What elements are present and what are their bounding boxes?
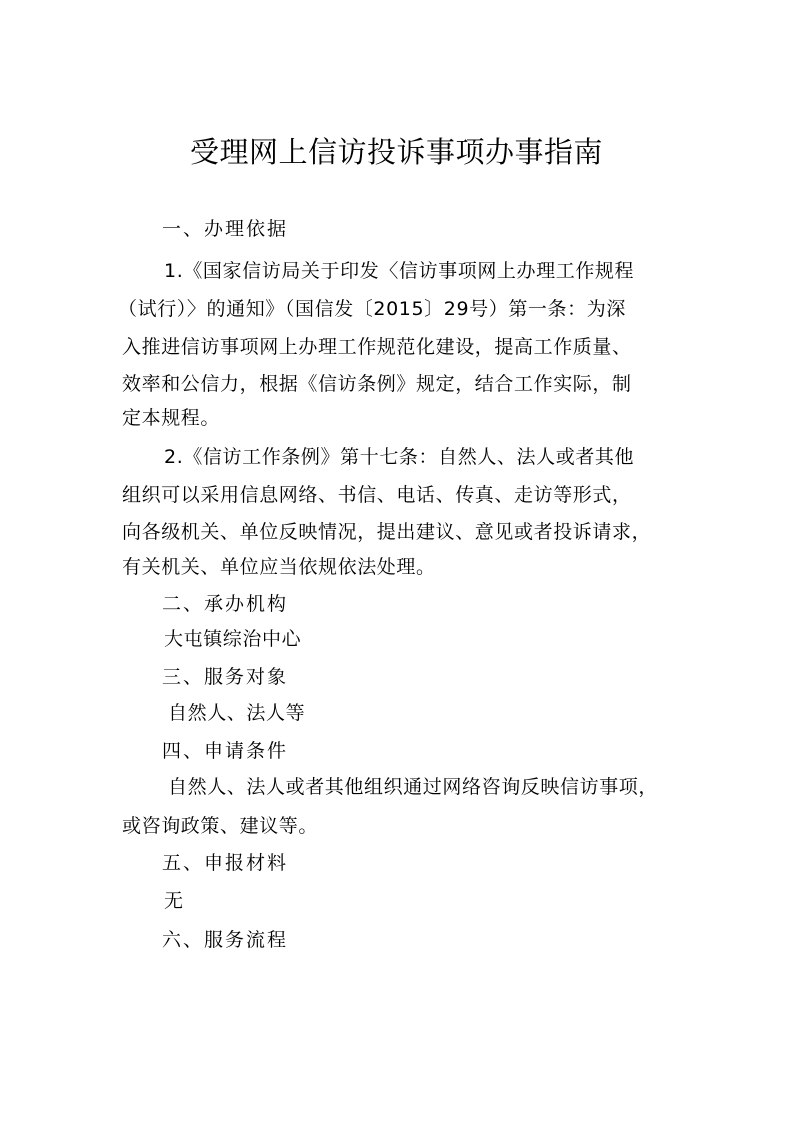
paragraph-line: 组织可以采用信息网络、书信、电话、传真、走访等形式， bbox=[122, 482, 632, 508]
materials-content: 无 bbox=[164, 888, 184, 914]
paragraph-line: 入推进信访事项网上办理工作规范化建设，提高工作质量、 bbox=[122, 334, 632, 360]
document-page: 受理网上信访投诉事项办事指南 一、办理依据 1.《国家信访局关于印发〈信访事项网… bbox=[0, 0, 793, 1122]
paragraph-line: （试行）〉的通知》（国信发〔2015〕29号）第一条：为深 bbox=[118, 296, 626, 322]
organization-name: 大屯镇综治中心 bbox=[164, 626, 301, 652]
section-heading-service-target: 三、服务对象 bbox=[162, 664, 288, 690]
paragraph-line: 效率和公信力，根据《信访条例》规定，结合工作实际，制 bbox=[122, 371, 632, 397]
paragraph-line: 1.《国家信访局关于印发〈信访事项网上办理工作规程 bbox=[164, 258, 634, 284]
conditions-line: 自然人、法人或者其他组织通过网络咨询反映信访事项， bbox=[168, 774, 658, 800]
section-heading-basis: 一、办理依据 bbox=[162, 216, 288, 242]
paragraph-line: 向各级机关、单位反映情况，提出建议、意见或者投诉请求， bbox=[122, 519, 651, 545]
paragraph-line: 2.《信访工作条例》第十七条：自然人、法人或者其他 bbox=[164, 444, 634, 470]
service-target: 自然人、法人等 bbox=[168, 700, 305, 726]
section-heading-materials: 五、申报材料 bbox=[162, 850, 288, 876]
document-title: 受理网上信访投诉事项办事指南 bbox=[0, 134, 793, 170]
paragraph-line: 定本规程。 bbox=[122, 405, 220, 431]
section-heading-conditions: 四、申请条件 bbox=[162, 738, 288, 764]
section-heading-process: 六、服务流程 bbox=[162, 927, 288, 953]
paragraph-line: 有关机关、单位应当依规依法处理。 bbox=[122, 554, 436, 580]
conditions-line: 或咨询政策、建议等。 bbox=[122, 813, 318, 839]
section-heading-organization: 二、承办机构 bbox=[162, 591, 288, 617]
